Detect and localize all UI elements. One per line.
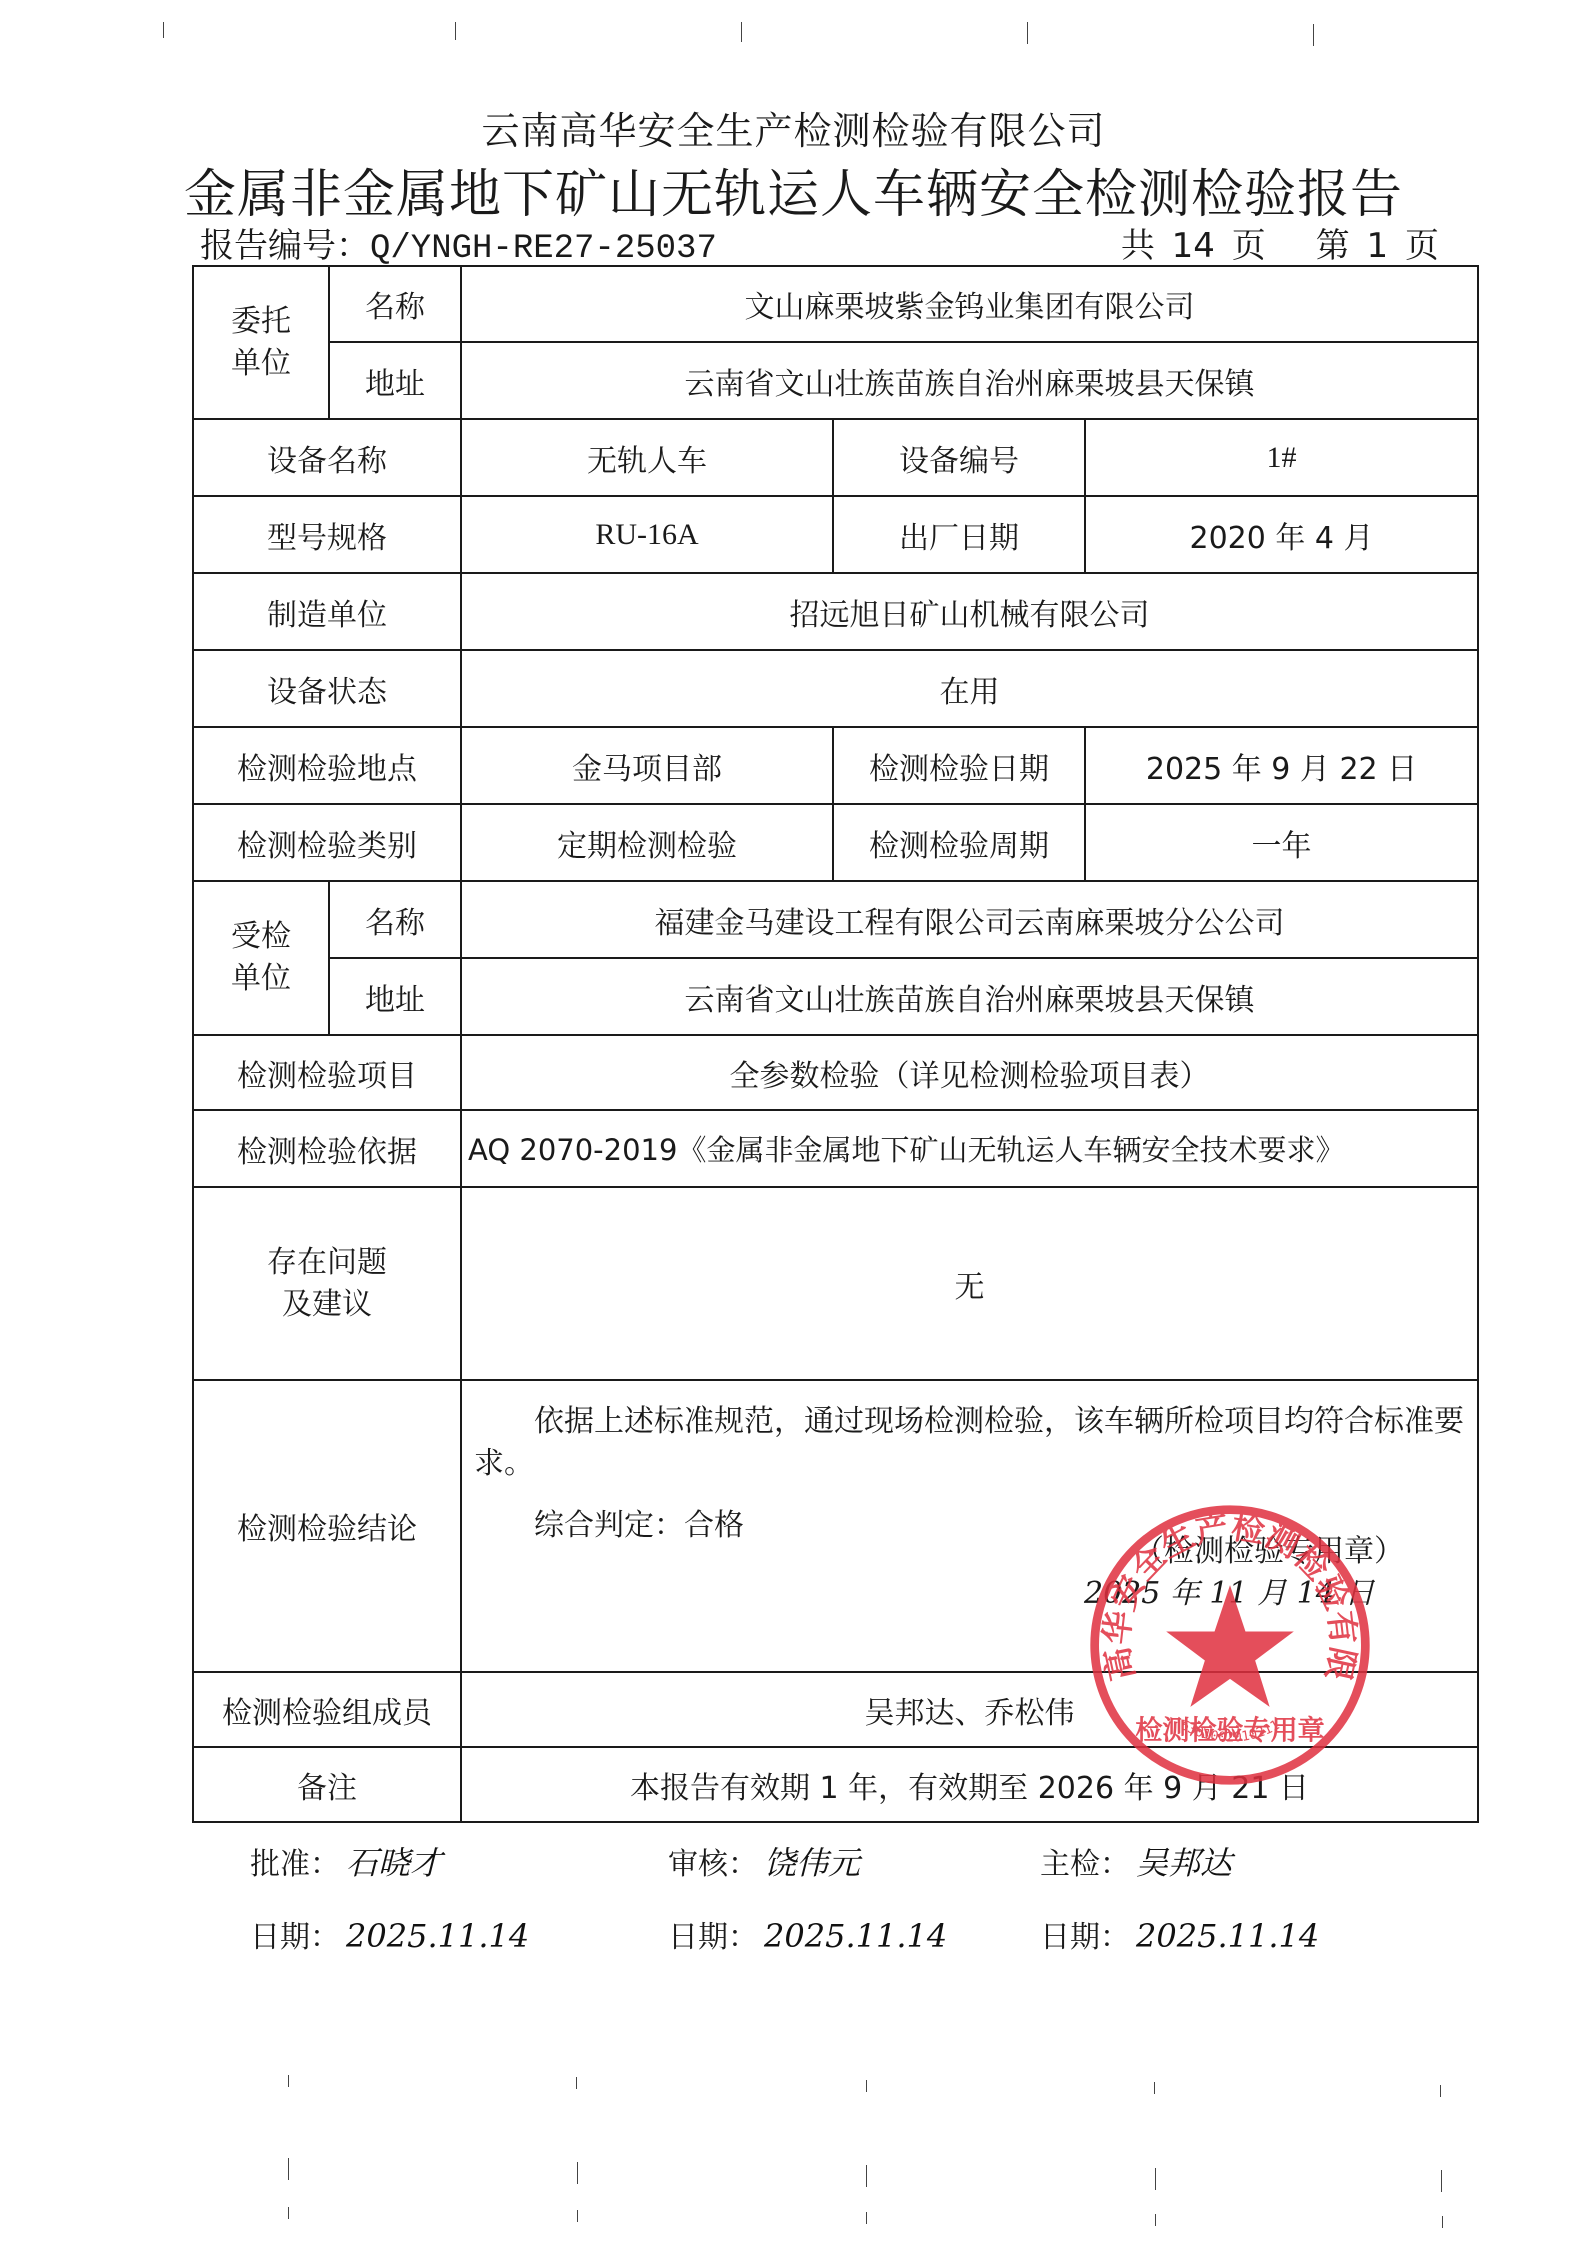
basis-label: 检测检验依据 [193, 1110, 461, 1187]
approve-date: 日期：2025.11.14 [250, 1912, 529, 1956]
remark-value: 本报告有效期 1 年，有效期至 2026 年 9 月 21 日 [461, 1747, 1478, 1822]
report-number: 报告编号：Q/YNGH-RE27-25037 [200, 218, 717, 268]
margin-tick [1155, 2168, 1156, 2190]
margin-tick [577, 2210, 578, 2222]
conclusion-text: 依据上述标准规范，通过现场检测检验，该车辆所检项目均符合标准要求。 [474, 1401, 1465, 1485]
equipment-name-value: 无轨人车 [461, 419, 833, 496]
issues-value: 无 [461, 1187, 1478, 1380]
conclusion-body: 依据上述标准规范，通过现场检测检验，该车辆所检项目均符合标准要求。 综合判定：合… [461, 1380, 1478, 1672]
margin-tick [1027, 22, 1028, 44]
manufacture-date-label: 出厂日期 [833, 496, 1085, 573]
client-name-label: 名称 [329, 266, 461, 342]
margin-tick [1440, 2085, 1441, 2097]
team-value: 吴邦达、乔松伟 [461, 1672, 1478, 1747]
review-label: 审核： [668, 1839, 758, 1883]
manufacture-date-value: 2020 年 4 月 [1085, 496, 1478, 573]
chief-date-label: 日期： [1040, 1912, 1130, 1956]
stamp-caption: （检测检验专用章） [1134, 1531, 1404, 1573]
remark-label: 备注 [193, 1747, 461, 1822]
team-label: 检测检验组成员 [193, 1672, 461, 1747]
approve-date-value: 2025.11.14 [346, 1917, 529, 1955]
report-title: 金属非金属地下矿山无轨运人车辆安全检测检验报告 [0, 152, 1587, 227]
approve-date-label: 日期： [250, 1912, 340, 1956]
chief-date-value: 2025.11.14 [1136, 1917, 1319, 1955]
inspection-date-value: 2025 年 9 月 22 日 [1085, 727, 1478, 804]
model-value: RU-16A [461, 496, 833, 573]
report-table: 委托 单位 名称 文山麻栗坡紫金钨业集团有限公司 地址 云南省文山壮族苗族自治州… [192, 265, 1479, 1823]
margin-tick [288, 2075, 289, 2087]
margin-tick [288, 2158, 289, 2180]
margin-tick [866, 2212, 867, 2224]
client-address-value: 云南省文山壮族苗族自治州麻栗坡县天保镇 [461, 342, 1478, 419]
review-date: 日期：2025.11.14 [668, 1912, 947, 1956]
inspected-address-label: 地址 [329, 958, 461, 1035]
issues-label: 存在问题 及建议 [193, 1187, 461, 1380]
conclusion-label: 检测检验结论 [193, 1380, 461, 1672]
client-address-label: 地址 [329, 342, 461, 419]
margin-tick [866, 2080, 867, 2092]
margin-tick [741, 22, 742, 42]
margin-tick [1441, 2170, 1442, 2192]
margin-tick [577, 2162, 578, 2184]
approve-value: 石晓才 [346, 1838, 442, 1884]
review-date-label: 日期： [668, 1912, 758, 1956]
stamp-date: 2025 年 11 月 14 日 [1084, 1573, 1374, 1615]
cycle-value: 一年 [1085, 804, 1478, 881]
model-label: 型号规格 [193, 496, 461, 573]
client-group-line2: 单位 [200, 343, 322, 385]
issues-label-line1: 存在问题 [200, 1242, 454, 1284]
location-label: 检测检验地点 [193, 727, 461, 804]
equipment-no-value: 1# [1085, 419, 1478, 496]
margin-tick [288, 2207, 289, 2219]
margin-tick [163, 22, 164, 38]
status-label: 设备状态 [193, 650, 461, 727]
manufacturer-label: 制造单位 [193, 573, 461, 650]
margin-tick [866, 2165, 867, 2187]
page-indicator: 共 14 页第 1 页 [1111, 218, 1439, 267]
approve-signature: 批准：石晓才 [250, 1838, 442, 1884]
report-number-value: Q/YNGH-RE27-25037 [370, 230, 717, 268]
cycle-label: 检测检验周期 [833, 804, 1085, 881]
issues-label-line2: 及建议 [200, 1284, 454, 1326]
inspected-address-value: 云南省文山壮族苗族自治州麻栗坡县天保镇 [461, 958, 1478, 1035]
company-name: 云南高华安全生产检测检验有限公司 [0, 100, 1587, 155]
inspection-date-label: 检测检验日期 [833, 727, 1085, 804]
margin-tick [1313, 24, 1314, 46]
review-signature: 审核：饶伟元 [668, 1838, 860, 1884]
inspected-group-line1: 受检 [200, 916, 322, 958]
current-page: 第 1 页 [1316, 226, 1439, 266]
equipment-name-label: 设备名称 [193, 419, 461, 496]
chief-signature: 主检：吴邦达 [1040, 1838, 1232, 1884]
basis-value: AQ 2070-2019《金属非金属地下矿山无轨运人车辆安全技术要求》 [461, 1110, 1478, 1187]
chief-label: 主检： [1040, 1839, 1130, 1883]
margin-tick [455, 22, 456, 40]
category-label: 检测检验类别 [193, 804, 461, 881]
client-group-line1: 委托 [200, 301, 322, 343]
margin-tick [1442, 2216, 1443, 2228]
report-number-label: 报告编号： [200, 226, 370, 266]
margin-tick [1155, 2214, 1156, 2226]
status-value: 在用 [461, 650, 1478, 727]
location-value: 金马项目部 [461, 727, 833, 804]
items-value: 全参数检验（详见检测检验项目表） [461, 1035, 1478, 1110]
chief-value: 吴邦达 [1136, 1838, 1232, 1884]
approve-label: 批准： [250, 1839, 340, 1883]
items-label: 检测检验项目 [193, 1035, 461, 1110]
margin-tick [576, 2077, 577, 2089]
inspected-group-line2: 单位 [200, 958, 322, 1000]
inspected-name-value: 福建金马建设工程有限公司云南麻栗坡分公公司 [461, 881, 1478, 958]
equipment-no-label: 设备编号 [833, 419, 1085, 496]
inspected-group-label: 受检 单位 [193, 881, 329, 1035]
category-value: 定期检测检验 [461, 804, 833, 881]
chief-date: 日期：2025.11.14 [1040, 1912, 1319, 1956]
inspected-name-label: 名称 [329, 881, 461, 958]
manufacturer-value: 招远旭日矿山机械有限公司 [461, 573, 1478, 650]
client-group-label: 委托 单位 [193, 266, 329, 419]
review-value: 饶伟元 [764, 1838, 860, 1884]
margin-tick [1154, 2082, 1155, 2094]
client-name-value: 文山麻栗坡紫金钨业集团有限公司 [461, 266, 1478, 342]
review-date-value: 2025.11.14 [764, 1917, 947, 1955]
total-pages: 共 14 页 [1121, 226, 1266, 266]
